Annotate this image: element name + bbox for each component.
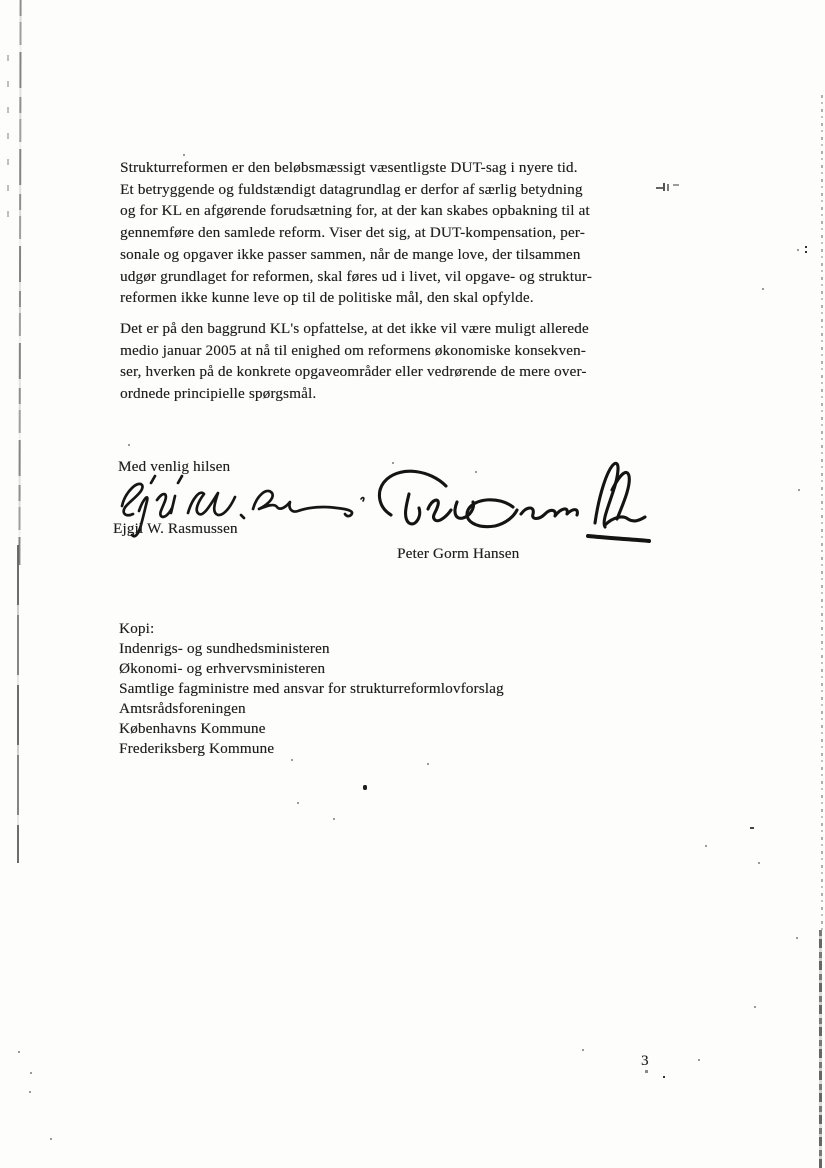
scan-speck <box>18 1051 20 1053</box>
scan-speck <box>50 1138 52 1140</box>
scan-artifact-left-edge-line <box>18 0 21 565</box>
scan-speck <box>297 802 299 804</box>
text-line: ordnede principielle spørgsmål. <box>120 383 589 405</box>
copy-recipient: Frederiksberg Kommune <box>119 739 504 759</box>
scan-speck <box>363 785 367 790</box>
scan-speck <box>475 471 477 473</box>
scan-smudge <box>663 183 665 191</box>
scan-artifact-right-edge-line <box>821 95 823 930</box>
body-paragraph-1: Strukturreformen er den beløbsmæssigt væ… <box>120 157 592 309</box>
copy-recipient: Amtsrådsforeningen <box>119 699 504 719</box>
scan-speck <box>582 1049 584 1051</box>
scan-smudge <box>673 184 679 186</box>
scan-speck <box>645 1070 648 1073</box>
scan-speck <box>758 862 760 864</box>
scan-speck <box>427 763 429 765</box>
text-line: Et betryggende og fuldstændigt datagrund… <box>120 179 592 201</box>
text-line: sonale og opgaver ikke passer sammen, nå… <box>120 244 592 266</box>
copy-recipient: Københavns Kommune <box>119 719 504 739</box>
scan-speck <box>30 1072 32 1074</box>
scan-speck <box>754 1006 756 1008</box>
body-paragraph-2: Det er på den baggrund KL's opfattelse, … <box>120 318 589 405</box>
closing-salutation: Med venlig hilsen <box>118 456 230 478</box>
text-line: gennemføre den samlede reform. Viser det… <box>120 222 592 244</box>
page-number: 3 <box>641 1053 649 1070</box>
scan-speck <box>796 937 798 939</box>
scan-speck <box>805 246 807 248</box>
signer-name-hansen: Peter Gorm Hansen <box>397 545 519 563</box>
scan-speck <box>705 845 707 847</box>
scan-speck <box>291 759 293 761</box>
scan-artifact-left-edge-line <box>7 55 9 235</box>
scan-speck <box>333 818 335 820</box>
scan-speck <box>797 249 799 251</box>
scan-speck <box>128 444 130 446</box>
text-line: og for KL en afgørende forudsætning for,… <box>120 200 592 222</box>
copy-recipient: Samtlige fagministre med ansvar for stru… <box>119 679 504 699</box>
copy-label: Kopi: <box>119 619 504 639</box>
scan-smudge <box>667 184 669 191</box>
scan-speck <box>798 489 800 491</box>
scan-artifact-left-edge-line <box>17 545 19 863</box>
scan-speck <box>29 1091 31 1093</box>
signer-name-rasmussen: Ejgil W. Rasmussen <box>113 520 238 538</box>
scan-smudge <box>656 187 663 189</box>
scan-speck <box>698 1059 700 1061</box>
scan-speck <box>805 251 807 253</box>
text-line: ser, hverken på de konkrete opgaveområde… <box>120 361 589 383</box>
text-line: Det er på den baggrund KL's opfattelse, … <box>120 318 589 340</box>
scan-speck <box>392 462 394 464</box>
text-line: medio januar 2005 at nå til enighed om r… <box>120 340 589 362</box>
scan-speck <box>663 1076 665 1078</box>
copy-recipient: Økonomi- og erhvervsministeren <box>119 659 504 679</box>
copy-list: Kopi: Indenrigs- og sundhedsministeren Ø… <box>119 619 504 759</box>
scan-artifact-right-edge-line <box>819 930 822 1168</box>
text-line: reformen ikke kunne leve op til de polit… <box>120 287 592 309</box>
scanned-letter-page: Strukturreformen er den beløbsmæssigt væ… <box>0 0 825 1168</box>
text-line: udgør grundlaget for reformen, skal føre… <box>120 266 592 288</box>
scan-speck <box>762 288 764 290</box>
scan-speck <box>183 154 185 156</box>
scan-speck <box>750 827 754 829</box>
signature-peter-gorm-hansen-icon <box>356 452 656 552</box>
text-line: Strukturreformen er den beløbsmæssigt væ… <box>120 157 592 179</box>
copy-recipient: Indenrigs- og sundhedsministeren <box>119 639 504 659</box>
